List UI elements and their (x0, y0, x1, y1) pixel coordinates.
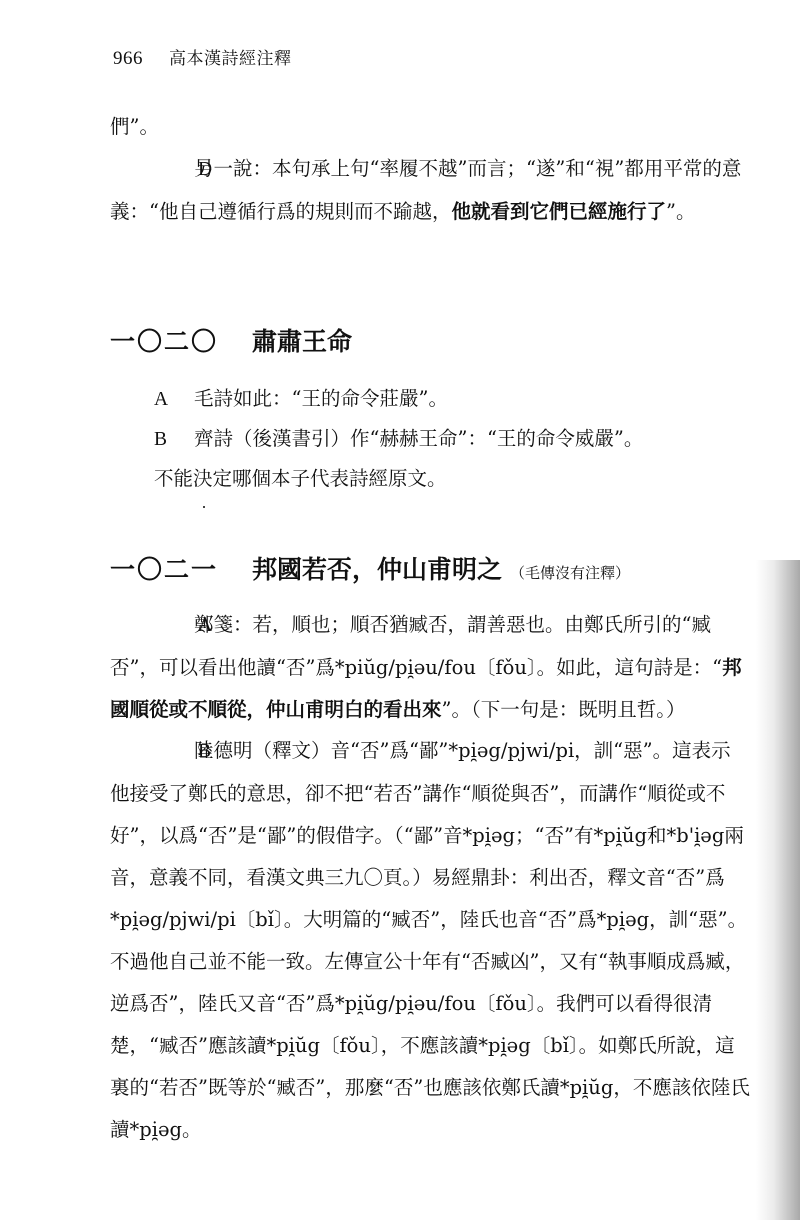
item-a-1020: A毛詩如此：“王的命令莊嚴”。 (154, 378, 754, 421)
continuation-line: 們”。 (110, 106, 750, 148)
running-head: 966高本漢詩經注釋 (113, 44, 292, 70)
item-label: D (154, 149, 194, 191)
book-title: 高本漢詩經注釋 (169, 49, 292, 69)
conclusion-1020: 不能決定哪個本子代表詩經原文。 (154, 458, 754, 500)
paragraph-b-1021: B陸德明（釋文）音“否”爲“鄙”*pi̯əg/pjwi/pi，訓“惡”。這表示他… (110, 730, 750, 1151)
section-heading-1021: 一〇二一邦國若否，仲山甫明之（毛傳沒有注釋） (110, 550, 630, 586)
speck (203, 506, 205, 508)
paragraph-d: D另一說：本句承上句“率履不越”而言；“遂”和“視”都用平常的意義：“他自己遵循… (110, 148, 750, 233)
section-heading-1020: 一〇二〇肅肅王命 (110, 322, 352, 358)
item-b-1020: B齊詩（後漢書引）作“赫赫王命”：“王的命令威嚴”。 (154, 418, 754, 461)
scanned-page-edge (756, 560, 800, 1220)
paragraph-a-1021: A鄭箋：若，順也；順否猶臧否，謂善惡也。由鄭氏所引的“臧否”，可以看出他讀“否”… (110, 604, 750, 731)
page-number: 966 (113, 48, 143, 69)
